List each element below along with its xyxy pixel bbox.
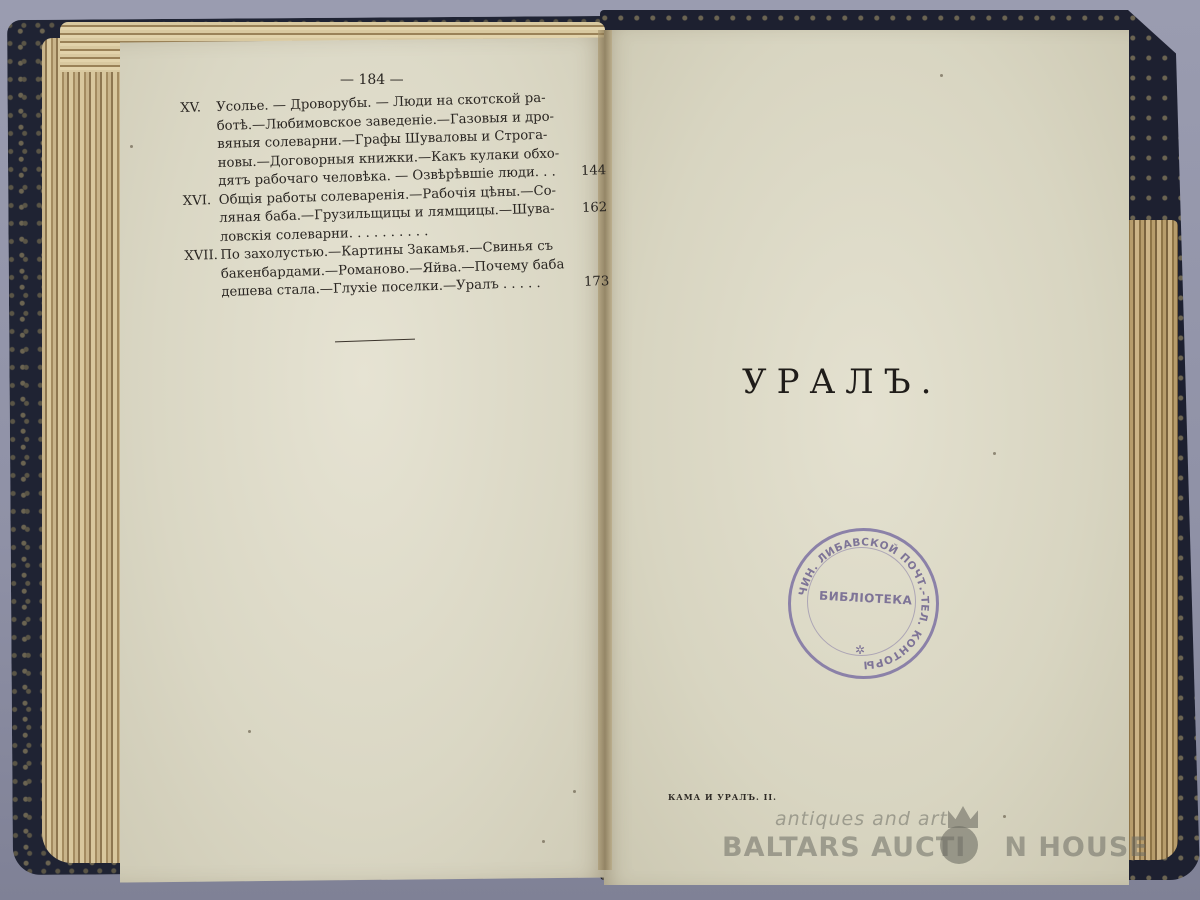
chapter-numeral: XVI. [183, 192, 212, 211]
chapter-numeral: XV. [180, 99, 201, 118]
table-of-contents: XV. Усолье. — Дроворубы. — Люди на скотс… [180, 89, 576, 303]
toc-page-number: 162 [582, 199, 608, 218]
chapter-numeral: XVII. [184, 247, 218, 266]
library-stamp: ЧИН. ЛИБАВСКОЙ ПОЧТ.-ТЕЛ. КОНТОРЫ БИБЛІО… [788, 528, 939, 679]
watermark-name-part2: N HOUSE [1004, 832, 1148, 863]
right-page [604, 30, 1129, 885]
toc-entry-xv: XV. Усолье. — Дроворубы. — Люди на скотс… [180, 89, 572, 192]
book-gutter [598, 30, 612, 870]
toc-page-number: 144 [581, 162, 607, 181]
watermark-tagline: antiques and art [775, 808, 948, 830]
star-icon: ✲ [855, 643, 865, 657]
watermark-name-part1: BALTARS AUCTI [722, 832, 966, 863]
toc-page-number: 173 [584, 273, 610, 292]
section-title: УРАЛЪ. [742, 362, 941, 402]
printer-signature: КАМА И УРАЛЪ. II. [668, 792, 777, 802]
watermark-name: BALTARS AUCTIN HOUSE [722, 832, 1149, 863]
toc-entry-xvii: XVII. По захолустью.—Картины Закамья.—Св… [184, 237, 575, 303]
left-page-edges [42, 38, 132, 863]
page-number: — 184 — [340, 72, 404, 88]
open-book: — 184 — XV. Усолье. — Дроворубы. — Люди … [0, 0, 1200, 900]
